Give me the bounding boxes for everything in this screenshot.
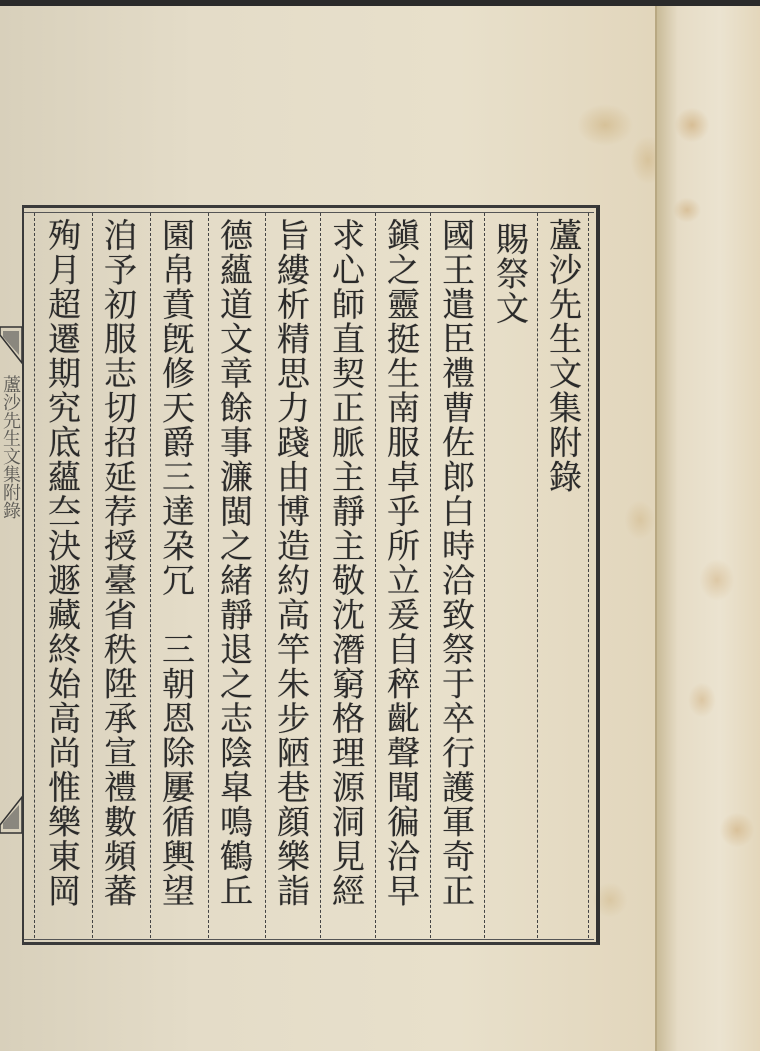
text-column-4: 旨縷析精思力踐由博造約高竿朱步陋巷顔樂詣	[265, 218, 317, 938]
fold-center	[0, 205, 24, 945]
column-rule	[34, 213, 35, 938]
adjacent-page-edge	[655, 0, 760, 1051]
text-column-6: 園帛賁旣修天爵三達朶冗 三朝恩除屢循輿望	[150, 218, 202, 938]
section-title: 賜祭文	[484, 222, 536, 942]
text-column-8: 殉月超遷期究底蘊夳決遯藏終始高尚惟樂東岡	[36, 218, 88, 938]
text-column-2: 鎭之靈挺生南服卓乎所立爰自稡齔聲聞徧洽早	[375, 218, 427, 938]
text-column-7: 洎予初服志切招延荐授臺省秩陞承宣禮數頻蕃	[92, 218, 144, 938]
fishtail-lower-icon	[0, 795, 22, 835]
text-column-5: 德蘊道文章餘事濂閩之緒靜退之志陰皐鳴鶴丘	[208, 218, 260, 938]
scan-top-edge	[0, 0, 760, 6]
fishtail-upper-icon	[0, 325, 22, 365]
text-column-3: 求心師直契正脈主靜主敬沈潛窮格理源洞見經	[320, 218, 372, 938]
text-column-1: 國王遣臣禮曹佐郎白時洽致祭于卒行護軍奇正	[430, 218, 482, 938]
book-title: 蘆沙先生文集附錄	[537, 218, 589, 938]
fold-title: 蘆沙先生文集附錄	[0, 375, 22, 519]
